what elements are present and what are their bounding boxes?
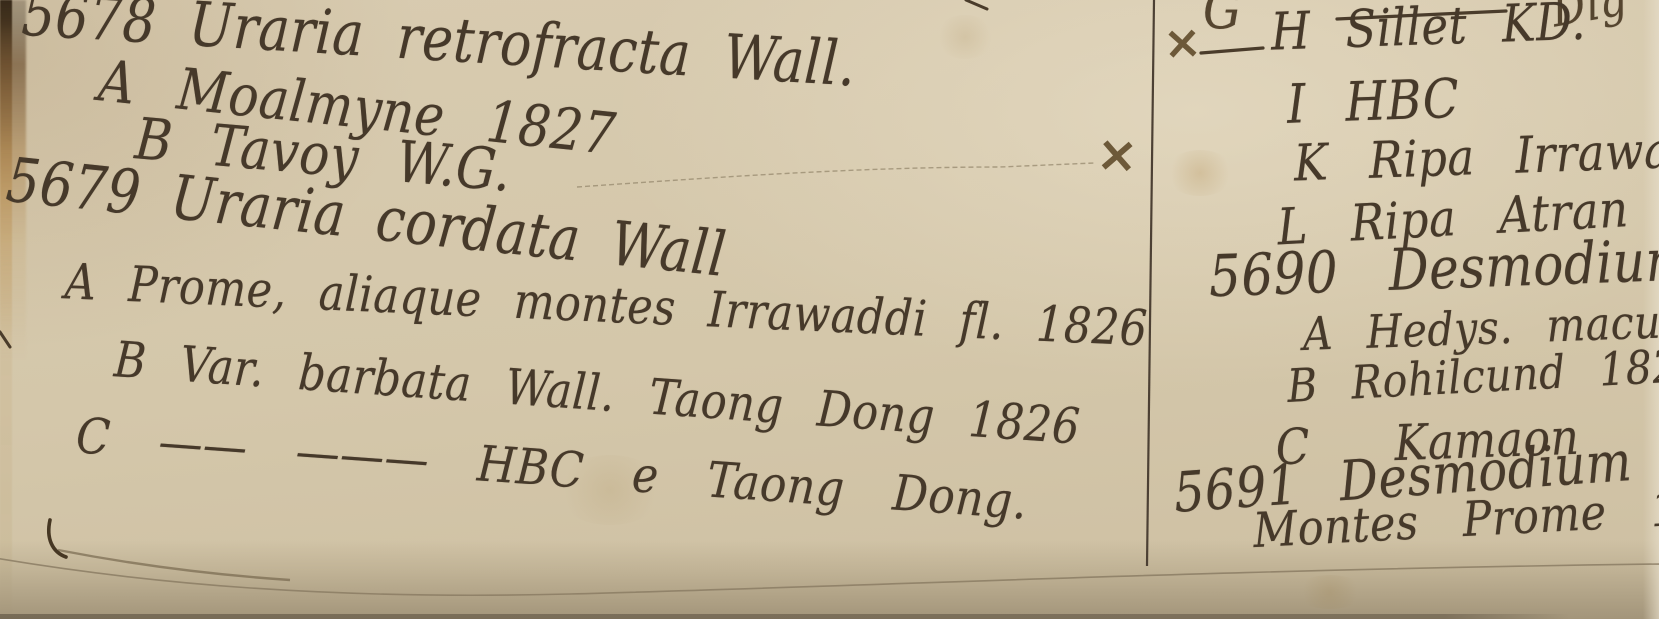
cross-mark-right: ×: [1162, 18, 1203, 66]
entry-5690-title-line: 5690 Desmodium: [1208, 231, 1659, 305]
left-edge-ink-fragment: [0, 332, 10, 347]
pencil-rule-line: [577, 163, 1094, 187]
cross-mark-left: ×: [1095, 128, 1140, 181]
fragment-g-label: G: [1203, 0, 1242, 37]
manuscript-page: 5678 Uraria retrofracta Wall. A Moalmyne…: [0, 0, 1659, 619]
crease-dark-segment: [58, 550, 290, 580]
column-divider-line: [1147, 0, 1154, 566]
entry-sillet-line-h: H Sillet KD.: [1270, 0, 1587, 58]
top-edge-ink-fragment: [966, 0, 987, 9]
entry-hbc-line-i: I HBC: [1286, 72, 1460, 132]
entry-ripa-irrawaddi-line-k: K Ripa Irrawa: [1293, 125, 1659, 189]
ditto-dash-h: [1201, 48, 1263, 53]
